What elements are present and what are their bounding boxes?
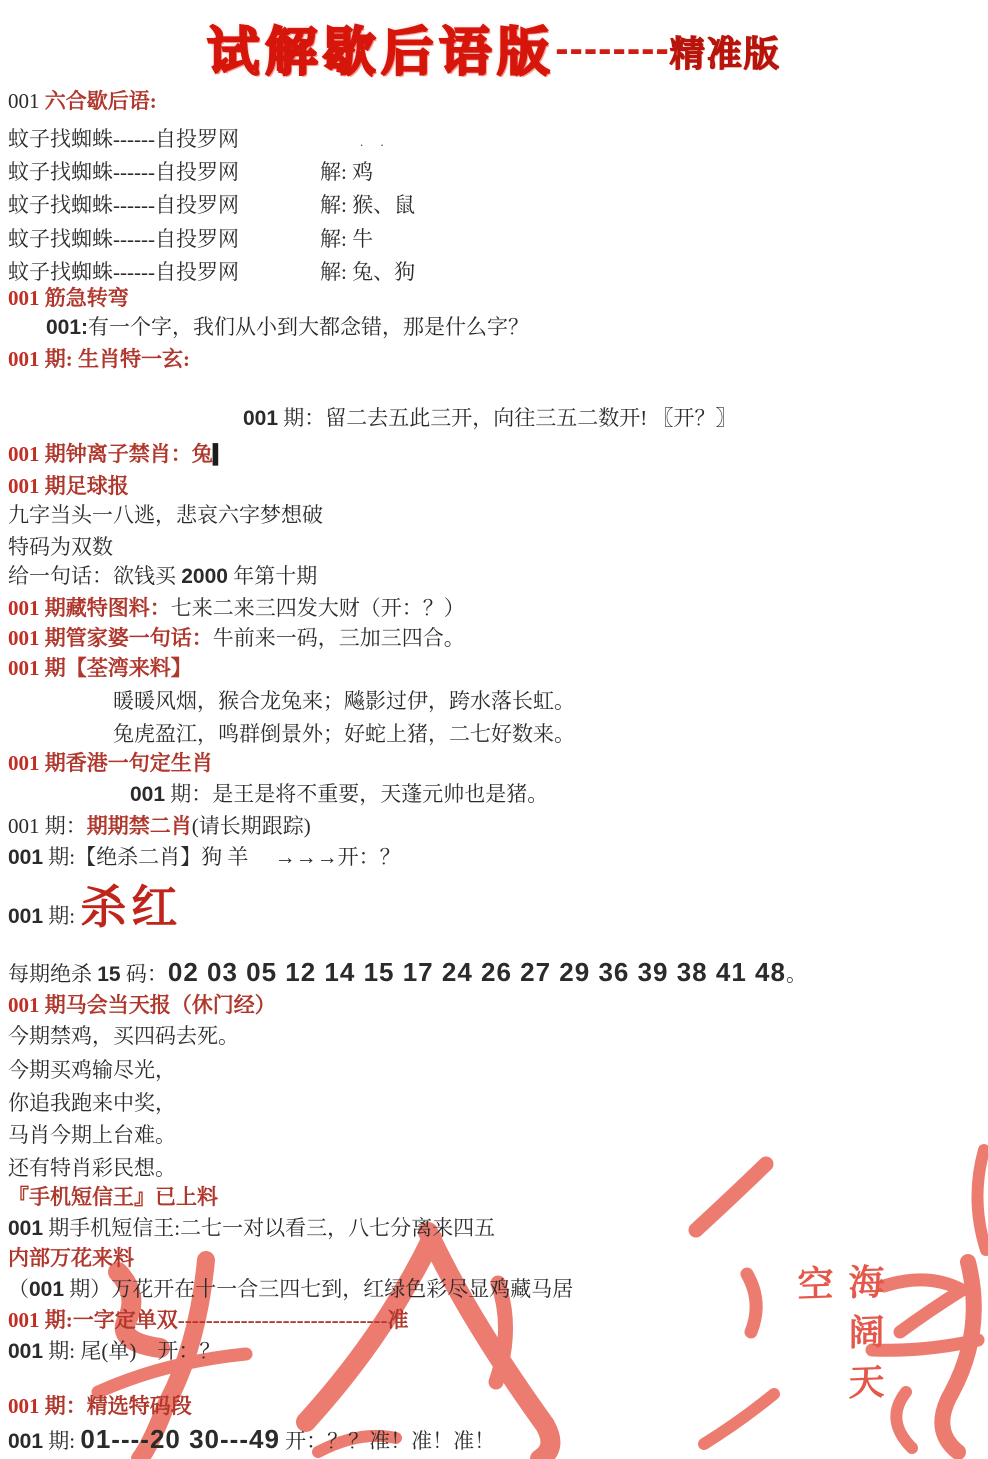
- line-shahong-numbers: 每期绝杀 15 码：02 03 05 12 14 15 17 24 26 27 …: [8, 957, 807, 990]
- line-mahui-3: 你追我跑来中奖，: [8, 1088, 176, 1118]
- text-segment: （: [8, 1277, 29, 1301]
- text-segment: 年第十期: [228, 564, 317, 588]
- line-zhonglizi-jinxiao: 001 期钟离子禁肖：兔▍: [8, 439, 227, 471]
- text-segment: 开：？？准！准！准！: [280, 1429, 495, 1453]
- line-danshuang-header: 001 期:一字定单双-----------------------------…: [8, 1305, 409, 1335]
- text-segment: 001: [8, 993, 45, 1017]
- text-segment: 你追我跑来中奖，: [8, 1091, 176, 1115]
- line-liuhe-xiehouyu-header: 001 六合歇后语:: [8, 86, 157, 116]
- line-guanjiapo: 001 期管家婆一句话：牛前来一码，三加三四合。: [8, 623, 465, 653]
- text-segment: 期: 生肖特一玄:: [45, 347, 190, 371]
- text-segment: 。: [786, 962, 807, 986]
- text-segment: 期【荃湾来料】: [45, 656, 192, 680]
- line-juesha-erxiao: 001 期:【绝杀二肖】狗 羊 →→→开：？: [8, 842, 401, 873]
- line-quanwan-verse-2: 兔虎盈江，鸣群倒景外；好蛇上猪，二七好数来。: [113, 719, 575, 749]
- text-segment: 期:一字定单双------------------------------准: [45, 1308, 409, 1332]
- text-segment: 001: [130, 783, 165, 806]
- line-zuqiubao-1: 九字当头一八逃，悲哀六字梦想破: [8, 500, 323, 530]
- watermark-vertical-text: 海阔天空: [788, 1262, 890, 1459]
- text-segment: 有一个字，我们从小到大都念错，那是什么字？: [88, 315, 529, 339]
- text-segment: 期: 尾(单) 开：？: [43, 1339, 220, 1363]
- text-segment: 六合歇后语:: [45, 89, 157, 113]
- line-quanwan-verse-1: 暖暖风烟，猴合龙兔来；飚影过伊，跨水落长虹。: [113, 686, 575, 716]
- text-segment: 杀红: [80, 882, 182, 933]
- text-segment: 001: [8, 1394, 45, 1418]
- text-segment: 001: [8, 1430, 43, 1453]
- text-segment: 期：留二去五此三开，向往三五二数开! 〖开？〗: [278, 406, 737, 430]
- line-riddle-1: 蚊子找蜘蛛------自投罗网. .: [8, 124, 391, 157]
- text-segment: 期期禁二肖: [87, 814, 192, 838]
- line-shahong-header: 001 期: 杀红: [8, 893, 182, 932]
- text-segment: 期:: [43, 1429, 80, 1453]
- text-segment: 牛前来一码，三加三四合。: [213, 626, 465, 650]
- text-segment: 期管家婆一句话：: [45, 626, 213, 650]
- text-segment: 暖暖风烟，猴合龙兔来；飚影过伊，跨水落长虹。: [113, 689, 575, 713]
- text-segment: 001: [8, 656, 45, 680]
- text-segment: 期足球报: [45, 474, 129, 498]
- text-segment: 期:: [43, 904, 80, 928]
- line-mahui-5: 还有特肖彩民想。: [8, 1153, 176, 1183]
- text-segment: 001 期：: [8, 814, 87, 838]
- line-mahui-4: 马肖今期上台难。: [8, 1120, 176, 1150]
- line-sms-king: 001 期手机短信王:二七一对以看三，八七分离来四五: [8, 1213, 495, 1244]
- line-temaduan-header: 001 期：精选特码段: [8, 1391, 192, 1421]
- text-segment: 每期绝杀: [8, 962, 97, 986]
- text-segment: 001: [8, 905, 43, 928]
- text-segment: 今期禁鸡，买四码去死。: [8, 1024, 239, 1048]
- text-segment: 001: [8, 846, 43, 869]
- text-segment: 蚊子找蜘蛛------自投罗网: [8, 157, 320, 187]
- text-segment: (请长期跟踪): [192, 814, 311, 838]
- text-segment: 『手机短信王』已上料: [8, 1185, 218, 1209]
- text-segment: 001:: [46, 316, 88, 339]
- line-hongkong-verse: 001 期：是王是将不重要，天蓬元帅也是猪。: [130, 779, 548, 810]
- text-segment: 期：是王是将不重要，天蓬元帅也是猪。: [165, 782, 548, 806]
- text-segment: 2000: [181, 565, 228, 588]
- text-segment: 蚊子找蜘蛛------自投罗网: [8, 190, 320, 220]
- text-segment: 001: [8, 474, 45, 498]
- text-segment: 今期买鸡输尽光，: [8, 1058, 176, 1082]
- line-shengxiao-verse: 001 期：留二去五此三开，向往三五二数开! 〖开？〗: [243, 403, 737, 434]
- line-temaduan: 001 期: 01----20 30---49 开：？？准！准！准！: [8, 1424, 495, 1457]
- text-segment: 期:【绝杀二肖】狗 羊 →→→开：？: [43, 845, 401, 869]
- text-segment: 解: 猴、鼠: [320, 193, 415, 217]
- text-segment: 001: [29, 1278, 64, 1301]
- text-segment: 还有特肖彩民想。: [8, 1156, 176, 1180]
- line-danshuang: 001 期: 尾(单) 开：？: [8, 1336, 220, 1367]
- line-brain-teaser: 001:有一个字，我们从小到大都念错，那是什么字？: [46, 312, 529, 343]
- line-sms-king-header: 『手机短信王』已上料: [8, 1182, 218, 1212]
- text-segment: 期：精选特码段: [45, 1394, 192, 1418]
- text-segment: 001: [8, 89, 45, 113]
- text-segment: 02 03 05 12 14 15 17 24 26 27 29 36 39 3…: [168, 957, 786, 987]
- text-segment: 解: 兔、狗: [320, 260, 415, 284]
- text-segment: 码：: [121, 962, 168, 986]
- text-segment: 期钟离子禁肖：兔: [45, 442, 213, 466]
- line-wanhua: （001 期）万花开在十一合三四七到，红绿色彩尽显鸡藏马居: [8, 1274, 573, 1305]
- text-segment: 001: [8, 347, 45, 371]
- line-riddle-3: 蚊子找蜘蛛------自投罗网解: 猴、鼠: [8, 190, 415, 220]
- text-segment: 001: [8, 442, 45, 466]
- line-mahui-1: 今期禁鸡，买四码去死。: [8, 1021, 239, 1051]
- text-segment: 001: [243, 407, 278, 430]
- text-segment: 兔虎盈江，鸣群倒景外；好蛇上猪，二七好数来。: [113, 722, 575, 746]
- text-segment: 给一句话：欲钱买: [8, 564, 181, 588]
- text-segment: 期）万花开在十一合三四七到，红绿色彩尽显鸡藏马居: [64, 1277, 573, 1301]
- line-hongkong-header: 001 期香港一句定生肖: [8, 748, 213, 778]
- text-segment: 001: [8, 751, 45, 775]
- text-segment: 期香港一句定生肖: [45, 751, 213, 775]
- line-wanhua-header: 内部万花来料: [8, 1243, 134, 1273]
- line-cangtetuliao: 001 期藏特图料：七来二来三四发大财（开：？）: [8, 593, 465, 623]
- text-segment: . .: [360, 134, 391, 149]
- text-segment: 马肖今期上台难。: [8, 1123, 176, 1147]
- text-segment: 特码为双数: [8, 535, 113, 559]
- line-riddle-2: 蚊子找蜘蛛------自投罗网解: 鸡: [8, 157, 373, 187]
- text-segment: 001: [8, 626, 45, 650]
- text-segment: 001: [8, 286, 45, 310]
- line-zuqiubao-2: 特码为双数: [8, 532, 113, 562]
- line-jin-erxiao: 001 期：期期禁二肖(请长期跟踪): [8, 811, 311, 841]
- line-shengxiao-header: 001 期: 生肖特一玄:: [8, 344, 190, 374]
- line-zuqiubao-3: 给一句话：欲钱买 2000 年第十期: [8, 561, 317, 592]
- line-brain-teaser-header: 001 筋急转弯: [8, 283, 129, 313]
- text-segment: 期藏特图料：: [45, 596, 171, 620]
- text-segment: ▍: [213, 445, 228, 466]
- text-segment: 15: [97, 963, 120, 986]
- line-quanwan-header: 001 期【荃湾来料】: [8, 653, 192, 683]
- document-page: 海阔天空 试解歇后语版--------精准版 001 六合歇后语:蚊子找蜘蛛--…: [0, 0, 988, 1459]
- line-zuqiubao-header: 001 期足球报: [8, 471, 129, 501]
- text-segment: 筋急转弯: [45, 286, 129, 310]
- text-segment: 九字当头一八逃，悲哀六字梦想破: [8, 503, 323, 527]
- line-riddle-4: 蚊子找蜘蛛------自投罗网解: 牛: [8, 224, 373, 254]
- text-segment: 001: [8, 596, 45, 620]
- line-mahui-header: 001 期马会当天报（休门经）: [8, 990, 276, 1020]
- text-segment: 期手机短信王:二七一对以看三，八七分离来四五: [43, 1216, 495, 1240]
- text-segment: 期马会当天报（休门经）: [45, 993, 276, 1017]
- text-segment: 七来二来三四发大财（开：？）: [171, 596, 465, 620]
- line-mahui-2: 今期买鸡输尽光，: [8, 1055, 176, 1085]
- text-segment: 解: 牛: [320, 227, 373, 251]
- text-segment: 蚊子找蜘蛛------自投罗网: [8, 124, 360, 154]
- text-segment: 解: 鸡: [320, 160, 373, 184]
- text-segment: 内部万花来料: [8, 1246, 134, 1270]
- text-segment: 蚊子找蜘蛛------自投罗网: [8, 224, 320, 254]
- text-segment: 001: [8, 1217, 43, 1240]
- text-segment: 001: [8, 1340, 43, 1363]
- text-segment: 01----20 30---49: [80, 1424, 280, 1454]
- text-segment: 001: [8, 1308, 45, 1332]
